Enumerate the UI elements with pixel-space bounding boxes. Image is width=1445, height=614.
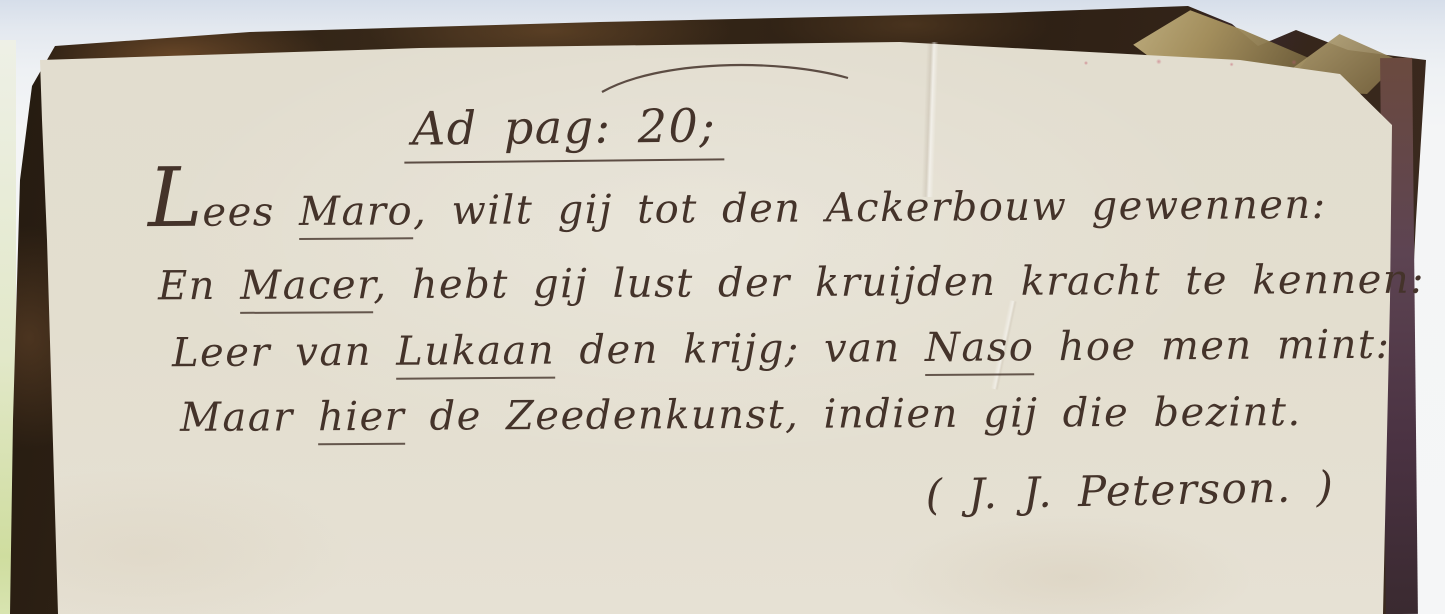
- line-text: de Zeedenkunst, indien gij die bezint.: [405, 389, 1302, 440]
- line-text: Lees: [148, 189, 299, 236]
- poem-line-1: Lees Maro, wilt gij tot den Ackerbouw ge…: [148, 182, 1327, 236]
- line-text: , wilt gij tot den Ackerbouw gewennen:: [413, 182, 1327, 234]
- underlined-word: Macer: [240, 262, 373, 314]
- line-text: hoe men mint:: [1034, 322, 1390, 370]
- underlined-word: Lukaan: [396, 328, 555, 380]
- line-text: En: [158, 263, 240, 309]
- line-text: Maar: [180, 394, 318, 441]
- line-text: , hebt gij lust der kruijden kracht te k…: [373, 257, 1425, 309]
- poem-line-3: Leer van Lukaan den krijg; van Naso hoe …: [172, 322, 1391, 377]
- poem-line-4: Maar hier de Zeedenkunst, indien gij die…: [180, 389, 1302, 441]
- poem-line-2: En Macer, hebt gij lust der kruijden kra…: [158, 257, 1425, 310]
- line-text: Leer van: [172, 329, 396, 377]
- line-text: den krijg; van: [555, 325, 925, 374]
- underlined-word: hier: [318, 394, 406, 445]
- underlined-word: Naso: [925, 324, 1035, 376]
- photo-of-manuscript: Ad pag: 20; Lees Maro, wilt gij tot den …: [0, 0, 1445, 614]
- underlined-word: Maro: [299, 188, 413, 240]
- page-heading: Ad pag: 20;: [404, 98, 725, 155]
- ink-specks: [1060, 56, 1320, 70]
- pen-flourish-icon: [598, 58, 868, 100]
- heading-text: Ad pag: 20;: [404, 98, 725, 163]
